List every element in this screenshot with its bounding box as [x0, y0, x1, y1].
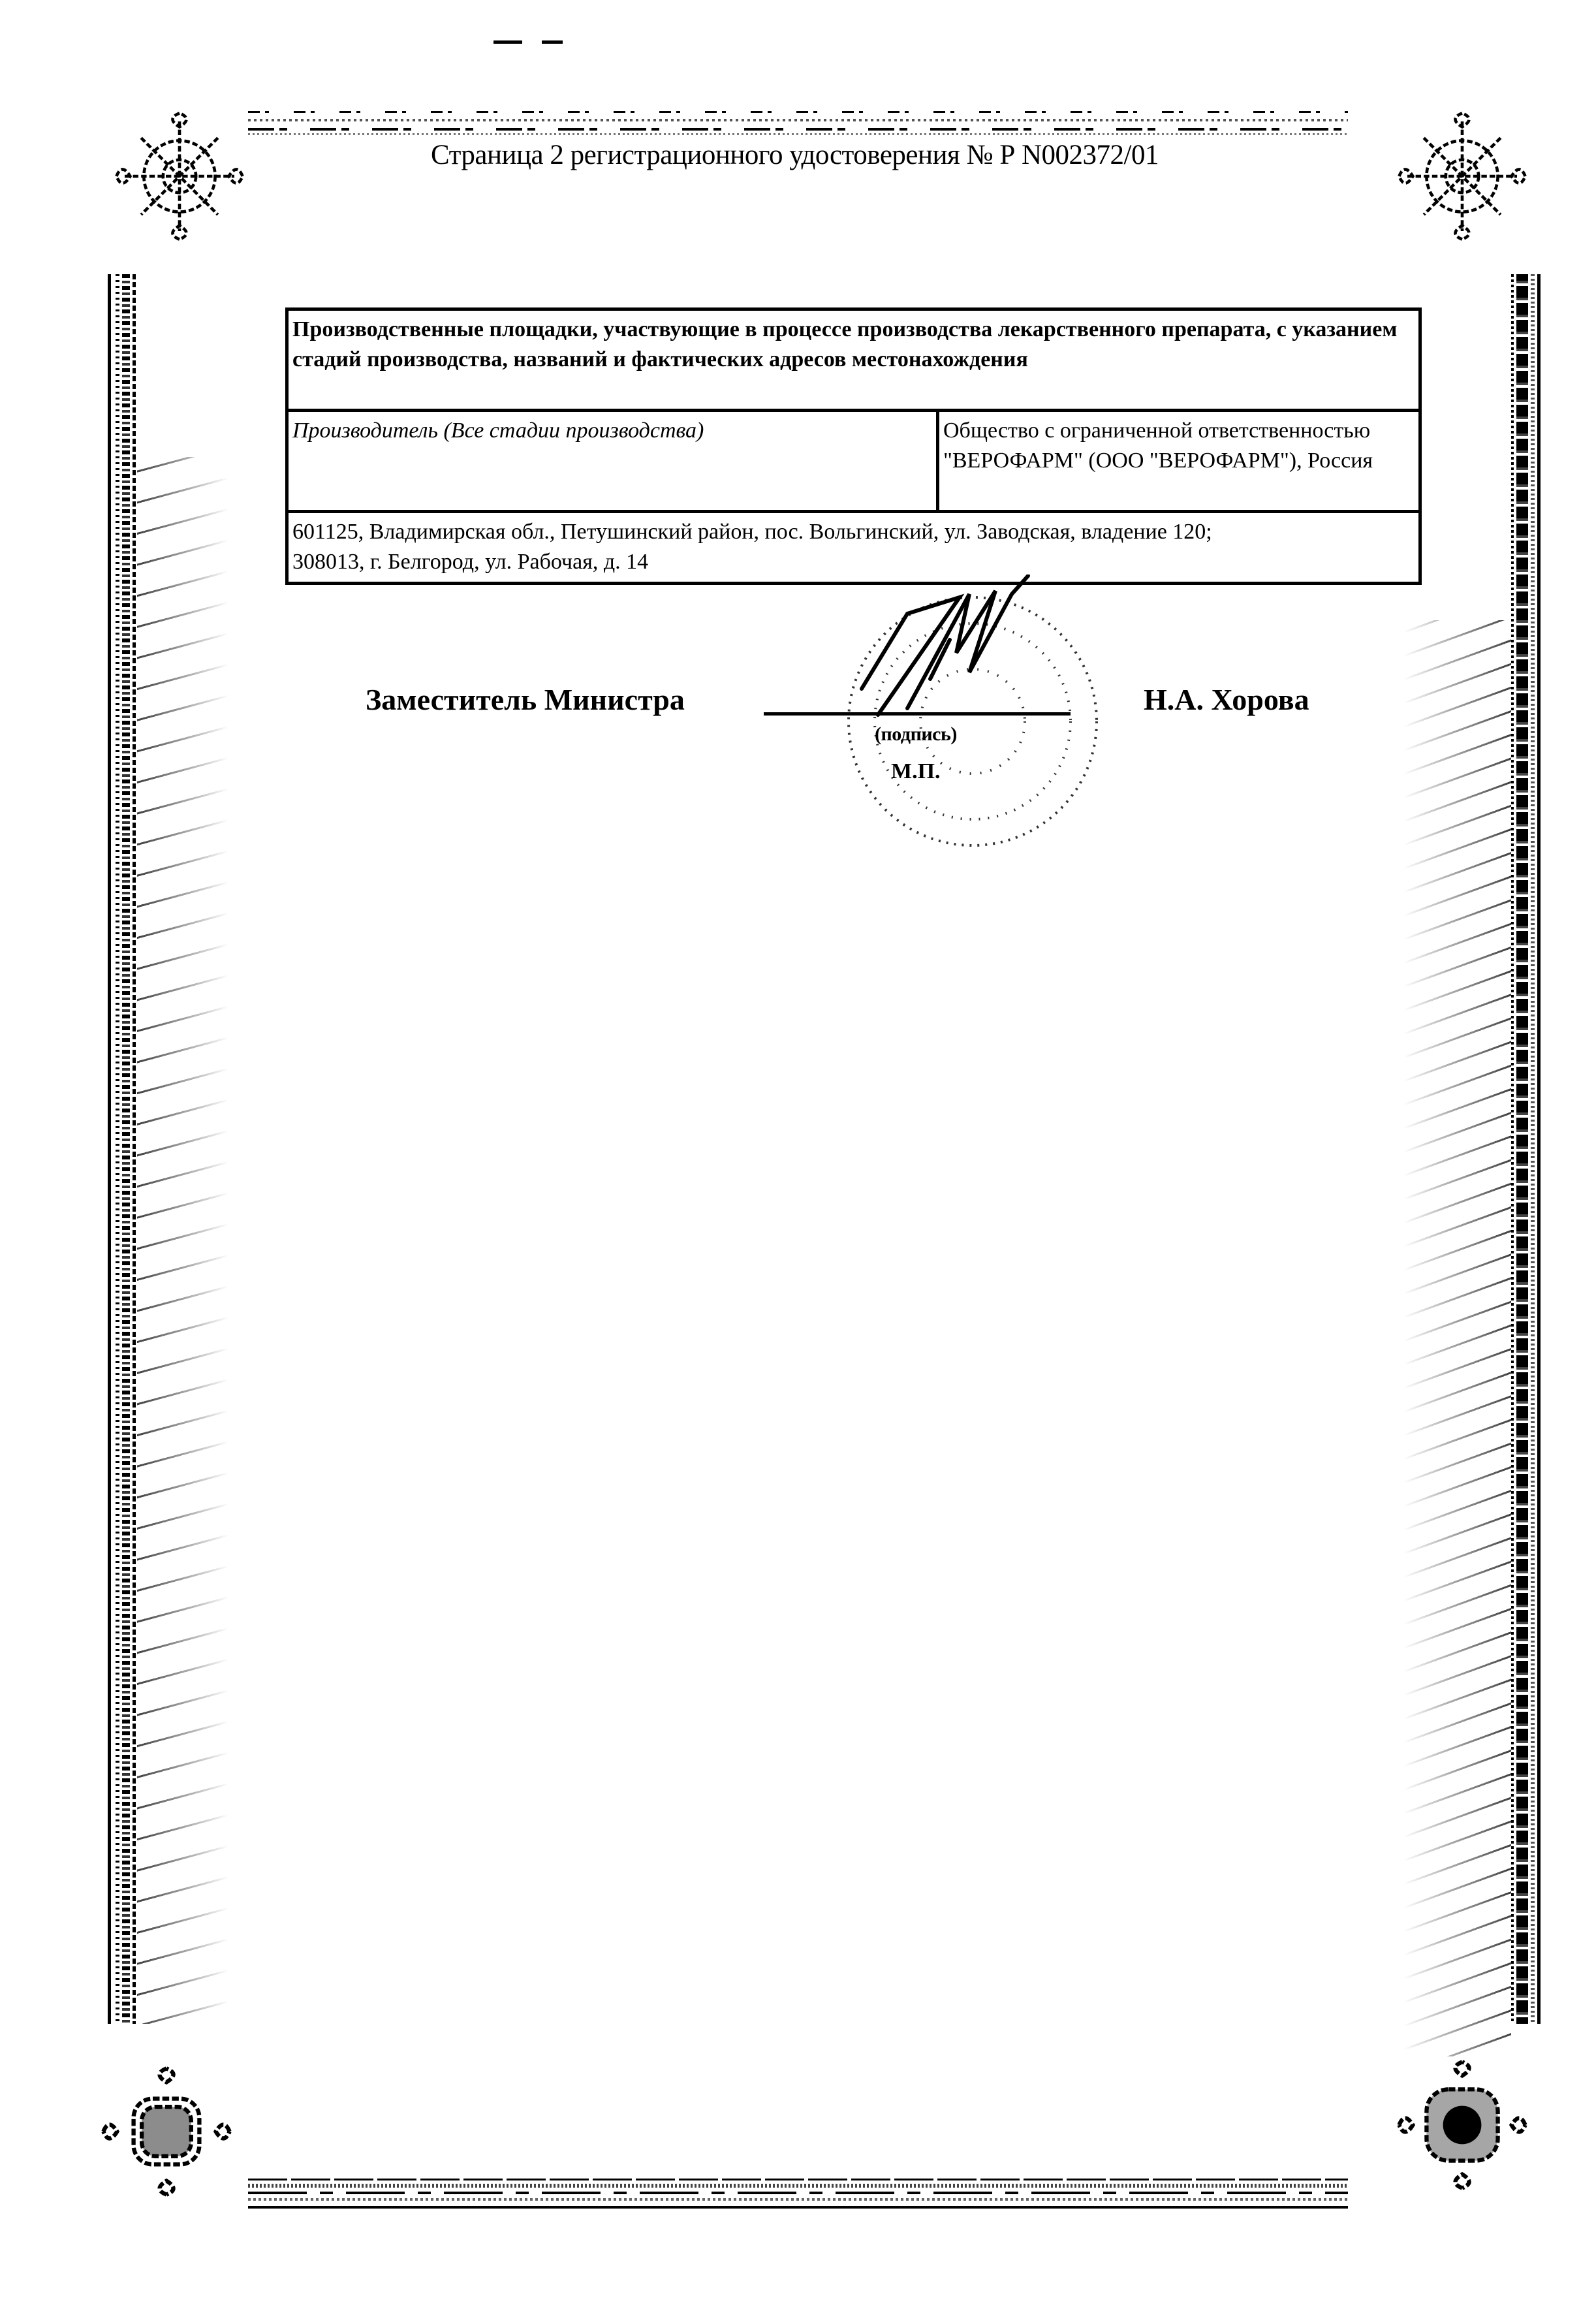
address-cell: 601125, Владимирская обл., Петушинский р… [287, 512, 1420, 584]
table-row: Производитель (Все стадии производства) … [287, 411, 1420, 512]
guilloche-hatch-right [1403, 620, 1511, 2056]
rosette-ornament-icon [1394, 108, 1531, 245]
rosette-ornament-icon [111, 108, 248, 245]
manufacturer-role-cell: Производитель (Все стадии производства) [287, 411, 938, 512]
guilloche-hatch-left [137, 457, 228, 2024]
signatory-name: Н.А. Хорова [1144, 682, 1309, 717]
page-heading-text: Страница 2 регистрационного удостоверени… [431, 140, 1159, 170]
round-seal-stamp-icon [800, 574, 1139, 862]
ornamental-border-right [1511, 274, 1542, 2024]
handwritten-signature-icon [862, 576, 1028, 715]
address-line: 601125, Владимирская обл., Петушинский р… [292, 517, 1413, 547]
table-header-cell: Производственные площадки, участвующие в… [287, 309, 1420, 411]
ornamental-border-bottom [248, 2177, 1348, 2210]
signatory-position-title: Заместитель Министра [366, 682, 685, 717]
address-line: 308013, г. Белгород, ул. Рабочая, д. 14 [292, 547, 1413, 577]
ornamental-border-top [248, 110, 1348, 137]
signature-line [764, 712, 1071, 716]
scan-mark [493, 40, 522, 44]
signature-caption: (подпись) [875, 723, 957, 746]
page-heading: Страница 2 регистрационного удостоверени… [0, 139, 1596, 171]
seal-place-label: М.П. [891, 759, 941, 784]
address-row: 601125, Владимирская обл., Петушинский р… [287, 512, 1420, 584]
rosette-ornament-icon [98, 2063, 235, 2200]
manufacturer-organization-cell: Общество с ограниченной ответственностью… [938, 411, 1420, 512]
table-header-row: Производственные площадки, участвующие в… [287, 309, 1420, 411]
scan-mark [542, 40, 563, 44]
ornamental-border-left [108, 274, 139, 2024]
rosette-ornament-icon [1394, 2056, 1531, 2194]
production-sites-table: Производственные площадки, участвующие в… [285, 307, 1422, 585]
